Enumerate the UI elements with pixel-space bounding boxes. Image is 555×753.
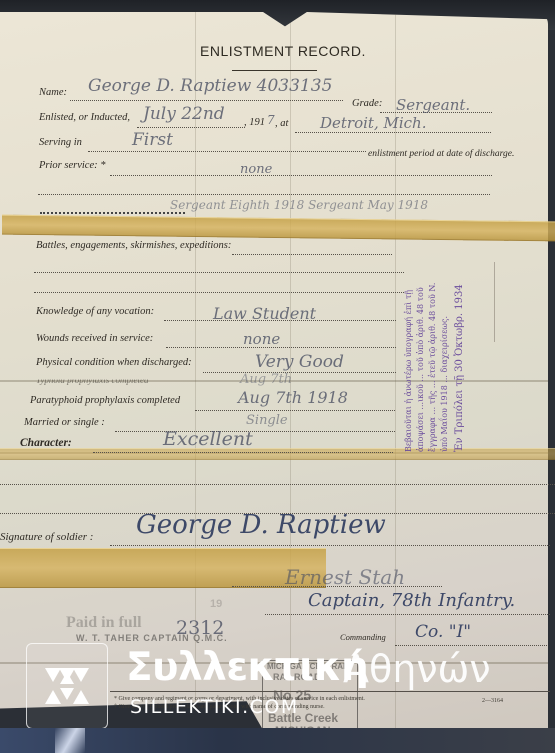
name-line — [70, 100, 343, 101]
greek-stamp-signature — [494, 262, 519, 342]
paid-by-stamp: W. T. TAHER CAPTAIN Q.M.C. — [76, 633, 228, 643]
enlisted-place-value: Detroit, Mich. — [320, 114, 426, 132]
prior-service-label: Prior service: * — [39, 160, 105, 171]
title-underline — [232, 70, 317, 71]
officer-title-line — [265, 614, 550, 615]
greek-stamp-line: ἀποψάσει ...ικοῦ ... τοῦ ὑπὸ ἀριθ. 48 το… — [416, 287, 425, 452]
blank-line — [0, 484, 555, 485]
blank-line — [34, 292, 404, 293]
character-value: Excellent — [163, 428, 253, 450]
greek-stamp-line: ἔγγραφα ... τῆς ... ἐτεῦ τῷ ἀριθ. 48 τοῦ… — [428, 283, 437, 452]
prior-service-value: none — [240, 162, 272, 177]
enlisted-year-digit: 7 — [267, 113, 275, 127]
signature-label: Signature of soldier : — [0, 531, 93, 543]
greek-authentication-stamp: Βεβαιοῦται ἡ ἀνωτέρω ὑπογραφή ἐπὶ τῇ ἀπο… — [402, 262, 520, 452]
greek-stamp-line: ὑπὸ Μαΐου 1918 ... διαχειρίσεως. — [440, 316, 449, 452]
soldier-signature: George D. Raptiew — [136, 510, 386, 540]
enlisted-date-value: July 22nd — [143, 104, 225, 124]
paratyphoid-label: Paratyphoid prophylaxis completed — [30, 395, 180, 406]
paratyphoid-line — [195, 410, 395, 411]
married-line — [115, 431, 395, 432]
character-label: Character: — [20, 437, 72, 449]
enlisted-place-line — [295, 132, 491, 133]
document-title: ENLISTMENT RECORD. — [200, 43, 366, 59]
serving-line — [88, 151, 366, 152]
vocation-value: Law Student — [213, 304, 316, 323]
prior-service-line — [110, 175, 492, 176]
wounds-value: none — [243, 330, 280, 348]
typhoid-value: Aug 7th — [240, 372, 292, 387]
officer-signature: Ernest Stah — [285, 565, 405, 589]
physical-condition-line — [203, 372, 396, 373]
serving-label: Serving in — [39, 137, 82, 148]
brand-name-light: Αθηνών — [343, 647, 491, 691]
grade-label: Grade: — [352, 98, 382, 109]
enlisted-at-label: , at — [275, 118, 288, 129]
serving-suffix: enlistment period at date of discharge. — [368, 149, 514, 159]
battles-line — [232, 254, 392, 255]
blank-line — [38, 194, 490, 195]
battles-label: Battles, engagements, skirmishes, expedi… — [36, 240, 231, 251]
enlisted-date-line — [137, 127, 245, 128]
paid-stamp: Paid in full — [66, 614, 142, 632]
watermark: Συλλεκτική Αθηνών SILLEKTIKI.COM — [26, 643, 552, 733]
repair-tape-strip — [0, 548, 326, 588]
serving-value: First — [132, 130, 173, 150]
commanding-value: Co. "I" — [415, 622, 471, 642]
married-label: Married or single : — [24, 417, 105, 428]
grade-value: Sergeant. — [396, 96, 470, 114]
triangles-logo-icon — [26, 643, 108, 729]
vocation-label: Knowledge of any vocation: — [36, 306, 154, 317]
noncom-value: Sergeant Eighth 1918 Sergeant May 1918 — [170, 198, 428, 212]
paid-faint-number: 19 — [210, 598, 222, 610]
wounds-line — [166, 347, 396, 348]
brand-name-bold: Συλλεκτική — [126, 645, 368, 690]
brand-url: SILLEKTIKI.COM — [130, 696, 299, 718]
physical-condition-value: Very Good — [255, 352, 344, 372]
greek-stamp-date-line: Ἐν Τριπόλει τῇ 30 Ὀκτωβρ. 1934 — [454, 284, 465, 452]
wounds-label: Wounds received in service: — [36, 333, 153, 344]
enlisted-label: Enlisted, or Inducted, — [39, 112, 130, 123]
name-label: Name: — [39, 87, 67, 98]
enlisted-year-prefix: , 191 — [244, 117, 265, 128]
signature-line — [110, 545, 550, 546]
married-value: Single — [246, 413, 288, 428]
light-glare — [55, 728, 85, 753]
greek-stamp-line: Βεβαιοῦται ἡ ἀνωτέρω ὑπογραφή ἐπὶ τῇ — [404, 290, 413, 452]
blank-line — [34, 272, 404, 273]
physical-condition-label: Physical condition when discharged: — [36, 357, 192, 368]
noncom-line — [40, 212, 185, 214]
officer-title: Captain, 78th Infantry. — [308, 590, 515, 611]
commanding-label: Commanding — [340, 632, 386, 642]
name-value: George D. Raptiew 4033135 — [88, 76, 332, 96]
character-line — [93, 452, 393, 453]
paratyphoid-value: Aug 7th 1918 — [238, 388, 348, 407]
